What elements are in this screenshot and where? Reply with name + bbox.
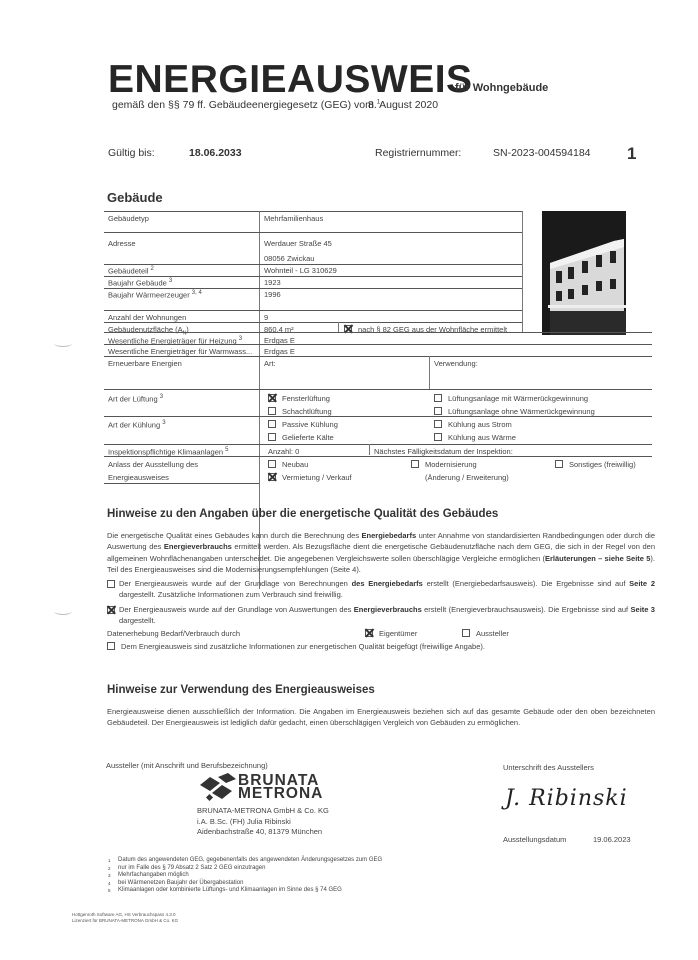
- footnote-ref: 3: [169, 278, 172, 284]
- checkbox-label: Gelieferte Kälte: [282, 433, 334, 442]
- text-bold: Energieverbrauchs: [164, 542, 232, 551]
- ventilation-heat-recovery-checkbox[interactable]: Lüftungsanlage mit Wärmerückgewinnung: [434, 394, 588, 403]
- checkbox-label: Dem Energieausweis sind zusätzliche Info…: [121, 642, 485, 651]
- usage-notes-text: Energieausweise dienen ausschließlich de…: [107, 706, 655, 729]
- checkbox-unchecked-icon: [268, 407, 276, 415]
- building-type-value: Mehrfamilienhaus: [264, 214, 323, 223]
- issuer-street: Aidenbachstraße 40, 81379 München: [197, 827, 329, 838]
- checkbox-label: Aussteller: [476, 629, 509, 638]
- label-text: Baujahr Wärmeerzeuger: [108, 291, 190, 300]
- label-text: Baujahr Gebäude: [108, 279, 167, 288]
- checkbox-label: Fensterlüftung: [282, 394, 330, 403]
- issue-date-label: Ausstellungsdatum: [503, 835, 566, 844]
- reason-modernisation-detail: (Änderung / Erweiterung): [425, 473, 509, 482]
- checkbox-unchecked-icon: [107, 580, 115, 588]
- cooling-passive-checkbox[interactable]: Passive Kühlung: [268, 420, 338, 429]
- checkbox-label: Lüftungsanlage mit Wärmerückgewinnung: [448, 394, 588, 403]
- checkbox-label: Lüftungsanlage ohne Wärmerückgewinnung: [448, 407, 595, 416]
- checkbox-unchecked-icon: [434, 433, 442, 441]
- footnote-number: 4: [108, 880, 118, 888]
- ventilation-no-heat-recovery-checkbox[interactable]: Lüftungsanlage ohne Wärmerückgewinnung: [434, 407, 595, 416]
- footnote-ref: 2: [151, 266, 154, 272]
- checkbox-label: Passive Kühlung: [282, 420, 338, 429]
- registration-label: Registriernummer:: [375, 147, 461, 159]
- document-title: ENERGIEAUSWEIS: [108, 60, 473, 99]
- footnote-item: 1Datum des angewendeten GEG, gegebenenfa…: [108, 857, 382, 865]
- footnote-number: 1: [108, 857, 118, 865]
- text-run: Die energetische Qualität eines Gebäudes…: [107, 531, 362, 540]
- logo-text-line2: METRONA: [238, 786, 323, 801]
- software-line2: Lizenziert für BRUNATA-METRONA GmbH & Co…: [72, 918, 178, 924]
- footnote-ref: 3: [239, 336, 242, 342]
- ac-next-inspection-label: Nächstes Fälligkeitsdatum der Inspektion…: [374, 447, 513, 456]
- cooling-delivered-checkbox[interactable]: Gelieferte Kälte: [268, 433, 334, 442]
- units-label: Anzahl der Wohnungen: [108, 313, 186, 322]
- text-run: Der Energieausweis wurde auf der Grundla…: [119, 605, 354, 614]
- document-subtitle: für Wohngebäude: [455, 82, 548, 94]
- signature-label: Unterschrift des Ausstellers: [503, 763, 594, 772]
- additional-info-checkbox[interactable]: Dem Energieausweis sind zusätzliche Info…: [107, 641, 485, 652]
- footnote-ref: 5: [225, 447, 228, 453]
- consumption-certificate-option[interactable]: Der Energieausweis wurde auf der Grundla…: [107, 604, 655, 627]
- text-bold: Energiebedarfs: [362, 531, 417, 540]
- issuer-company: BRUNATA-METRONA GmbH & Co. KG: [197, 806, 329, 817]
- text-bold: Seite 3: [631, 605, 655, 614]
- year-built-label: Baujahr Gebäude 3: [108, 278, 172, 288]
- text-run: Der Energieausweis wurde auf der Grundla…: [119, 579, 352, 588]
- text-run: erstellt (Energieverbrauchsausweis). Die…: [422, 605, 631, 614]
- valid-until-label: Gültig bis:: [108, 147, 155, 159]
- building-part-label: Gebäudeteil 2: [108, 266, 154, 276]
- reason-new-build-checkbox[interactable]: Neubau: [268, 460, 308, 469]
- reason-label-line1: Anlass der Ausstellung des: [108, 460, 198, 469]
- footnote-ref: 3, 4: [192, 290, 202, 296]
- ventilation-shaft-checkbox[interactable]: Schachtlüftung: [268, 407, 332, 416]
- data-collection-issuer-checkbox[interactable]: Aussteller: [462, 628, 509, 639]
- checkbox-checked-icon: [107, 606, 115, 614]
- label-text: Art der Kühlung: [108, 421, 160, 430]
- usable-area-label: Gebäudenutzfläche (AN): [108, 325, 189, 337]
- checkbox-unchecked-icon: [434, 407, 442, 415]
- footnote-text: nur im Falle des § 79 Absatz 2 Satz 2 GE…: [118, 865, 265, 871]
- checkbox-label: Eigentümer: [379, 629, 417, 638]
- checkbox-unchecked-icon: [268, 460, 276, 468]
- footnote-ref: 3: [162, 420, 165, 426]
- heater-year-label: Baujahr Wärmeerzeuger 3, 4: [108, 290, 202, 300]
- building-type-label: Gebäudetyp: [108, 214, 149, 223]
- footnote-ref: 3: [160, 394, 163, 400]
- registration-number: SN-2023-004594184: [493, 147, 591, 159]
- text-run: dargestellt. Zusätzliche Informationen z…: [119, 590, 343, 599]
- hot-water-carrier-label: Wesentliche Energieträger für Warmwass..…: [108, 347, 252, 356]
- label-text: Gebäudeteil: [108, 267, 148, 276]
- checkbox-label: Kühlung aus Strom: [448, 420, 512, 429]
- footnote-item: 3Mehrfachangaben möglich: [108, 872, 382, 880]
- checkbox-unchecked-icon: [268, 420, 276, 428]
- units-value: 9: [264, 313, 268, 322]
- year-built-value: 1923: [264, 278, 281, 287]
- renewable-use-label: Verwendung:: [434, 359, 478, 368]
- checkbox-label: Modernisierung: [425, 460, 477, 469]
- checkbox-checked-icon: [268, 473, 276, 481]
- punch-hole-mark: [54, 608, 72, 615]
- hot-water-carrier-value: Erdgas E: [264, 347, 295, 356]
- ac-count: Anzahl: 0: [268, 447, 299, 456]
- checkbox-label: Kühlung aus Wärme: [448, 433, 516, 442]
- footnote-number: 5: [108, 887, 118, 895]
- footnote-item: 4bei Wärmenetzen Baujahr der Übergabesta…: [108, 880, 382, 888]
- checkbox-unchecked-icon: [411, 460, 419, 468]
- cooling-label: Art der Kühlung 3: [108, 420, 166, 430]
- footnote-number: 3: [108, 872, 118, 880]
- footnote-text: bei Wärmenetzen Baujahr der Übergabestat…: [118, 880, 243, 886]
- text-run: erstellt (Energiebedarfsausweis). Die Er…: [423, 579, 629, 588]
- issue-date-value: 19.06.2023: [593, 835, 631, 844]
- footnote-text: Datum des angewendeten GEG, gegebenenfal…: [118, 857, 382, 863]
- footnote-text: Klimaanlagen oder kombinierte Lüftungs- …: [118, 887, 342, 893]
- ventilation-window-checkbox[interactable]: Fensterlüftung: [268, 394, 330, 403]
- checkbox-unchecked-icon: [107, 642, 115, 650]
- checkbox-checked-icon: [365, 629, 373, 637]
- renewable-type-label: Art:: [264, 359, 276, 368]
- footnote-item: 2nur im Falle des § 79 Absatz 2 Satz 2 G…: [108, 865, 382, 873]
- text-run: dargestellt.: [119, 616, 156, 625]
- footnote-item: 5Klimaanlagen oder kombinierte Lüftungs-…: [108, 887, 382, 895]
- reason-label-line2: Energieausweises: [108, 473, 169, 482]
- quality-intro-text: Die energetische Qualität eines Gebäudes…: [107, 530, 655, 575]
- law-date: 8. August 2020: [368, 99, 438, 111]
- checkbox-label: Schachtlüftung: [282, 407, 332, 416]
- checkbox-label: Sonstiges (freiwillig): [569, 460, 636, 469]
- law-reference: gemäß den §§ 79 ff. Gebäudeenergiegesetz…: [112, 99, 380, 111]
- punch-hole-mark: [54, 340, 72, 347]
- demand-certificate-option[interactable]: Der Energieausweis wurde auf der Grundla…: [107, 578, 655, 601]
- page-number: 1: [627, 144, 636, 164]
- checkbox-checked-icon: [268, 394, 276, 402]
- checkbox-unchecked-icon: [462, 629, 470, 637]
- building-part-value: Wohnteil - LG 310629: [264, 266, 337, 275]
- text-bold: Seite 2: [629, 579, 655, 588]
- checkbox-label: Neubau: [282, 460, 308, 469]
- reason-modernisation-checkbox[interactable]: Modernisierung: [411, 460, 477, 469]
- checkbox-unchecked-icon: [434, 420, 442, 428]
- data-collection-label: Datenerhebung Bedarf/Verbrauch durch: [107, 628, 240, 639]
- label-text: Art der Lüftung: [108, 395, 158, 404]
- handwritten-signature: J. Ribinski: [505, 786, 628, 811]
- law-text: gemäß den §§ 79 ff. Gebäudeenergiegesetz…: [112, 99, 374, 111]
- software-credit: Hottgenroth Software AG, HS Verbrauchspa…: [72, 912, 178, 924]
- text-bold: Energieverbrauchs: [354, 605, 422, 614]
- address-label: Adresse: [108, 239, 136, 248]
- address-city: 08056 Zwickau: [264, 254, 314, 263]
- address-street: Werdauer Straße 45: [264, 239, 332, 248]
- section-title-usage-notes: Hinweise zur Verwendung des Energieauswe…: [107, 684, 375, 696]
- cooling-heat-checkbox[interactable]: Kühlung aus Wärme: [434, 433, 516, 442]
- issuer-address: BRUNATA-METRONA GmbH & Co. KG i.A. B.Sc.…: [197, 806, 329, 838]
- checkbox-label: Vermietung / Verkauf: [282, 473, 352, 482]
- issuer-label: Aussteller (mit Anschrift und Berufsbeze…: [106, 761, 268, 770]
- issuer-person: i.A. B.Sc. (FH) Julia Ribinski: [197, 817, 329, 828]
- footnote-text: Mehrfachangaben möglich: [118, 872, 189, 878]
- heater-year-value: 1996: [264, 290, 281, 299]
- checkbox-unchecked-icon: [268, 433, 276, 441]
- brunata-metrona-logo-icon: [198, 773, 238, 803]
- footnotes: 1Datum des angewendeten GEG, gegebenenfa…: [108, 857, 382, 895]
- data-collection-owner-checkbox[interactable]: Eigentümer: [365, 628, 417, 639]
- text-bold: Erläuterungen – siehe Seite 5: [545, 554, 650, 563]
- reason-rent-sale-checkbox[interactable]: Vermietung / Verkauf: [268, 473, 352, 482]
- checkbox-unchecked-icon: [555, 460, 563, 468]
- footnote-number: 2: [108, 865, 118, 873]
- cooling-electric-checkbox[interactable]: Kühlung aus Strom: [434, 420, 512, 429]
- checkbox-unchecked-icon: [434, 394, 442, 402]
- renewable-label: Erneuerbare Energien: [108, 359, 182, 368]
- building-photo-icon: [542, 211, 626, 335]
- section-title-building: Gebäude: [107, 190, 163, 205]
- ventilation-label: Art der Lüftung 3: [108, 394, 163, 404]
- section-title-quality-notes: Hinweise zu den Angaben über die energet…: [107, 508, 498, 520]
- reason-other-checkbox[interactable]: Sonstiges (freiwillig): [555, 460, 636, 469]
- building-photo: [542, 211, 626, 335]
- text-bold: des Energiebedarfs: [352, 579, 423, 588]
- valid-until-value: 18.06.2033: [189, 147, 242, 159]
